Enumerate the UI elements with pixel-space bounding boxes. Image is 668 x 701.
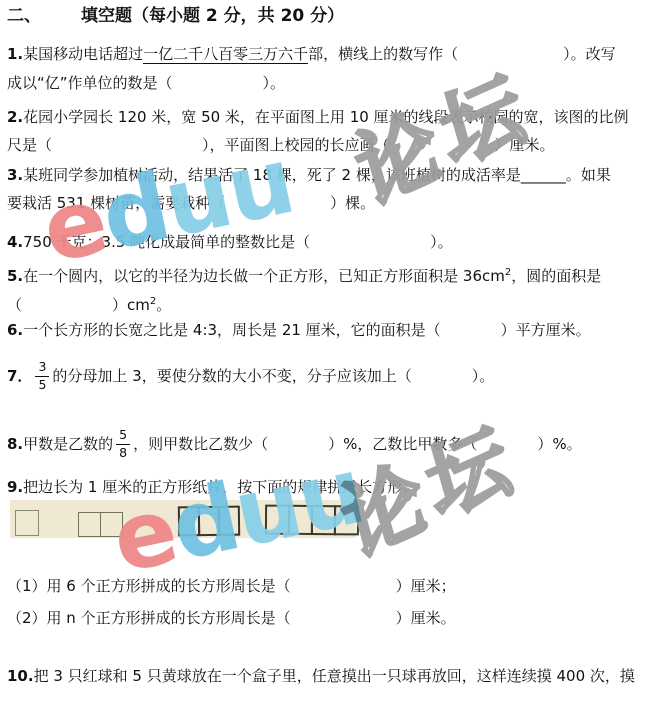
question-5-line-2: （ ）cm2。: [7, 292, 171, 315]
pattern-group-1: [15, 510, 39, 536]
question-number: 6.: [7, 321, 23, 339]
question-6: 6.一个长方形的长宽之比是 4:3，周长是 21 厘米，它的面积是（ ）平方厘米…: [7, 320, 591, 340]
fraction-three-fifths: 35: [35, 360, 49, 392]
question-text: 部，横线上的数写作（ ）。改写: [308, 45, 616, 63]
question-text: 甲数是乙数的: [23, 434, 113, 454]
question-text: （2）用 n 个正方形拼成的长方形周长是（ ）厘米。: [7, 609, 456, 627]
question-number: 1.: [7, 45, 23, 63]
question-text: 。: [156, 296, 171, 314]
question-7: 7． 35 的分母加上 3，要使分数的大小不变，分子应该加上（ ）。: [7, 352, 494, 400]
question-9: 9.把边长为 1 厘米的正方形纸片，按下面的规律拼成长方形：: [7, 477, 417, 497]
question-number: 8.: [7, 434, 23, 454]
question-number: 10.: [7, 667, 34, 685]
unit-square: [198, 506, 220, 536]
question-number: 2.: [7, 108, 23, 126]
section-header: 二、填空题（每小题 2 分，共 20 分）: [7, 6, 344, 26]
question-text: （ ）cm: [7, 296, 150, 314]
question-text: ，则甲数比乙数少（ ）%，乙数比甲数多（ ）%。: [133, 434, 582, 454]
question-3-line-2: 要栽活 531 棵树苗，需要栽种（ ）棵。: [7, 193, 375, 213]
question-text: 成以“亿”作单位的数是（ ）。: [7, 74, 285, 92]
unit-square: [334, 505, 359, 535]
unit-square: [100, 512, 123, 537]
section-title: 填空题（每小题 2 分，共 20 分）: [81, 6, 344, 26]
question-1-line-1: 1.某国移动电话超过一亿二千八百零三万六千部，横线上的数写作（ ）。改写: [7, 44, 616, 64]
question-5-line-1: 5.在一个圆内，以它的半径为边长做一个正方形，已知正方形面积是 36cm2，圆的…: [7, 263, 601, 286]
question-2-line-1: 2.花园小学园长 120 米，宽 50 米，在平面图上用 10 厘米的线段表示校…: [7, 107, 629, 127]
question-text: 750 千克：3.5 吨化成最简单的整数比是（ ）。: [23, 233, 453, 251]
unit-square: [265, 505, 290, 535]
fraction-denominator: 5: [35, 377, 49, 392]
question-1-line-2: 成以“亿”作单位的数是（ ）。: [7, 73, 285, 93]
question-text: 在一个圆内，以它的半径为边长做一个正方形，已知正方形面积是 36cm: [23, 267, 505, 285]
question-8: 8.甲数是乙数的 58 ，则甲数比乙数少（ ）%，乙数比甲数多（ ）%。: [7, 420, 582, 468]
unit-square: [218, 506, 240, 536]
question-text: 把 3 只红球和 5 只黄球放在一个盒子里，任意摸出一只球再放回，这样连续摸 4…: [34, 667, 635, 685]
question-number: 3.: [7, 166, 23, 184]
question-text: （1）用 6 个正方形拼成的长方形周长是（ ）厘米；: [7, 577, 456, 595]
question-9-sub-2: （2）用 n 个正方形拼成的长方形周长是（ ）厘米。: [7, 608, 456, 628]
question-text: ，圆的面积是: [511, 267, 601, 285]
question-text: 的分母加上 3，要使分数的大小不变，分子应该加上（ ）。: [52, 366, 494, 386]
question-text: 要栽活 531 棵树苗，需要栽种（ ）棵。: [7, 194, 375, 212]
pattern-group-4: [265, 505, 359, 536]
question-3-line-1: 3.某班同学参加植树活动，结果活了 18 棵，死了 2 棵，该班植树的成活率是_…: [7, 165, 611, 185]
unit-square: [15, 510, 39, 536]
question-number: 5.: [7, 267, 23, 285]
section-number: 二、: [7, 6, 41, 26]
question-text: 花园小学园长 120 米，宽 50 米，在平面图上用 10 厘米的线段表示校园的…: [23, 108, 628, 126]
question-number: 4.: [7, 233, 23, 251]
question-text: 把边长为 1 厘米的正方形纸片，按下面的规律拼成长方形：: [23, 478, 417, 496]
fraction-numerator: 5: [116, 428, 130, 444]
question-number: 9.: [7, 478, 23, 496]
fraction-five-eighths: 58: [116, 428, 130, 460]
question-text: 尺是（ ），平面图上校园的长应画（ ）厘米。: [7, 136, 555, 154]
fraction-numerator: 3: [35, 360, 49, 376]
unit-square: [78, 512, 101, 537]
question-10: 10.把 3 只红球和 5 只黄球放在一个盒子里，任意摸出一只球再放回，这样连续…: [7, 666, 635, 686]
question-text: 某班同学参加植树活动，结果活了 18 棵，死了 2 棵，该班植树的成活率是___…: [23, 166, 611, 184]
question-text: 一个长方形的长宽之比是 4:3，周长是 21 厘米，它的面积是（ ）平方厘米。: [23, 321, 591, 339]
pattern-diagram: [10, 500, 356, 538]
question-number: 7．: [7, 366, 32, 386]
unit-square: [311, 505, 336, 535]
underlined-number-phrase: 一亿二千八百零三万六千: [143, 45, 308, 64]
unit-square: [288, 505, 313, 535]
pattern-group-3: [178, 506, 240, 537]
question-2-line-2: 尺是（ ），平面图上校园的长应画（ ）厘米。: [7, 135, 555, 155]
fraction-denominator: 8: [116, 445, 130, 460]
question-9-sub-1: （1）用 6 个正方形拼成的长方形周长是（ ）厘米；: [7, 576, 456, 596]
unit-square: [178, 506, 200, 536]
worksheet-page: 二、填空题（每小题 2 分，共 20 分） 1.某国移动电话超过一亿二千八百零三…: [0, 0, 668, 701]
question-4: 4.750 千克：3.5 吨化成最简单的整数比是（ ）。: [7, 232, 453, 252]
pattern-group-2: [78, 512, 123, 537]
question-text: 某国移动电话超过: [23, 45, 143, 63]
